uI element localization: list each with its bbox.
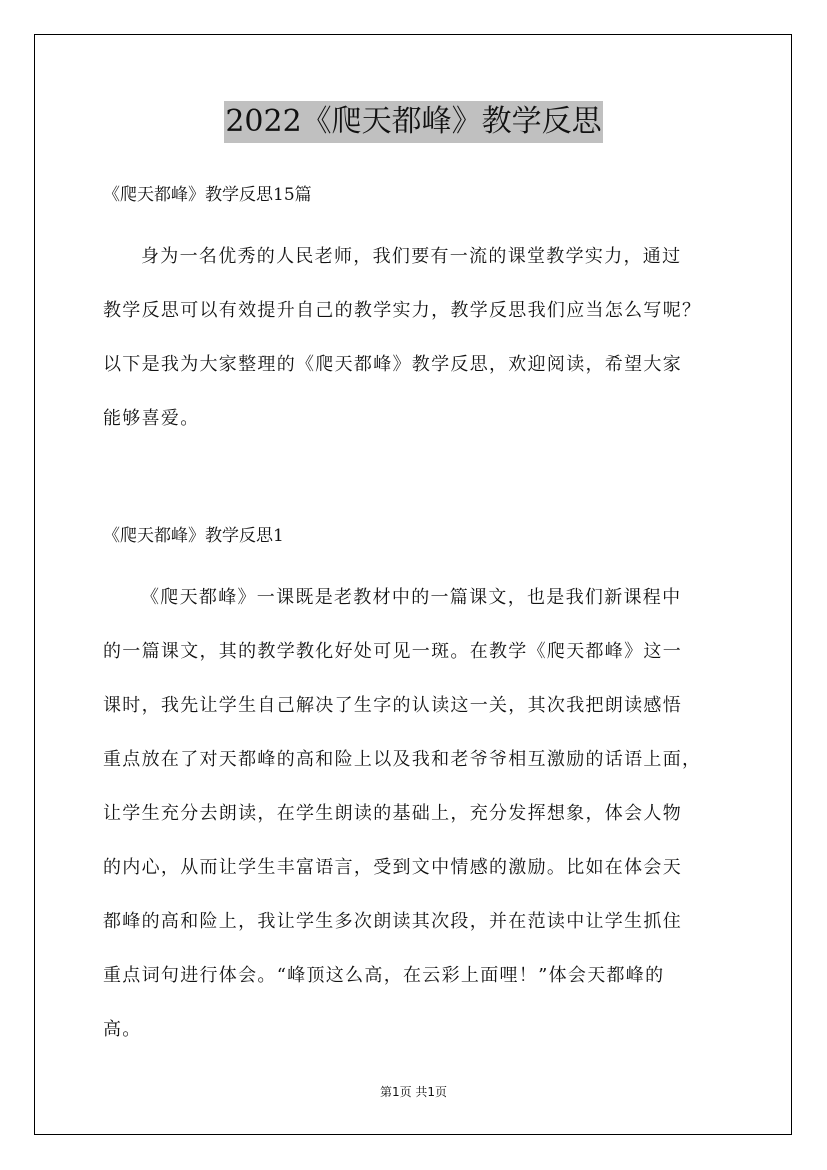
intro-line: 教学反思可以有效提升自己的教学实力，教学反思我们应当怎么写呢？ [103, 284, 727, 338]
section-line: 让学生充分去朗读，在学生朗读的基础上，充分发挥想象，体会人物 [103, 787, 727, 841]
section-line: 都峰的高和险上，我让学生多次朗读其次段，并在范读中让学生抓住 [103, 895, 727, 949]
section-line: 重点放在了对天都峰的高和险上以及我和老爷爷相互激励的话语上面， [103, 733, 727, 787]
section-paragraph: 《爬天都峰》一课既是老教材中的一篇课文，也是我们新课程中 的一篇课文，其的教学教… [103, 571, 727, 1057]
intro-line: 能够喜爱。 [103, 392, 727, 446]
intro-heading: 《爬天都峰》教学反思15篇 [103, 178, 727, 212]
section-line: 高。 [103, 1003, 727, 1057]
section-line: 的内心，从而让学生丰富语言，受到文中情感的激励。比如在体会天 [103, 841, 727, 895]
page-number: 第1页 共1页 [380, 1085, 447, 1099]
section-line: 《爬天都峰》一课既是老教材中的一篇课文，也是我们新课程中 [103, 571, 727, 625]
section-line: 课时，我先让学生自己解决了生字的认读这一关，其次我把朗读感悟 [103, 679, 727, 733]
document-title: 2022《爬天都峰》教学反思 [224, 101, 602, 143]
title-container: 2022《爬天都峰》教学反思 [0, 101, 827, 143]
page-footer: 第1页 共1页 [0, 1083, 827, 1100]
section-heading: 《爬天都峰》教学反思1 [103, 519, 727, 553]
intro-line: 以下是我为大家整理的《爬天都峰》教学反思，欢迎阅读，希望大家 [103, 338, 727, 392]
section-line: 的一篇课文，其的教学教化好处可见一斑。在教学《爬天都峰》这一 [103, 625, 727, 679]
intro-line: 身为一名优秀的人民老师，我们要有一流的课堂教学实力，通过 [103, 230, 727, 284]
intro-paragraph: 身为一名优秀的人民老师，我们要有一流的课堂教学实力，通过 教学反思可以有效提升自… [103, 230, 727, 446]
section-line: 重点词句进行体会。“峰顶这么高，在云彩上面哩！”体会天都峰的 [103, 949, 727, 1003]
document-body: 《爬天都峰》教学反思15篇 身为一名优秀的人民老师，我们要有一流的课堂教学实力，… [103, 178, 727, 1057]
